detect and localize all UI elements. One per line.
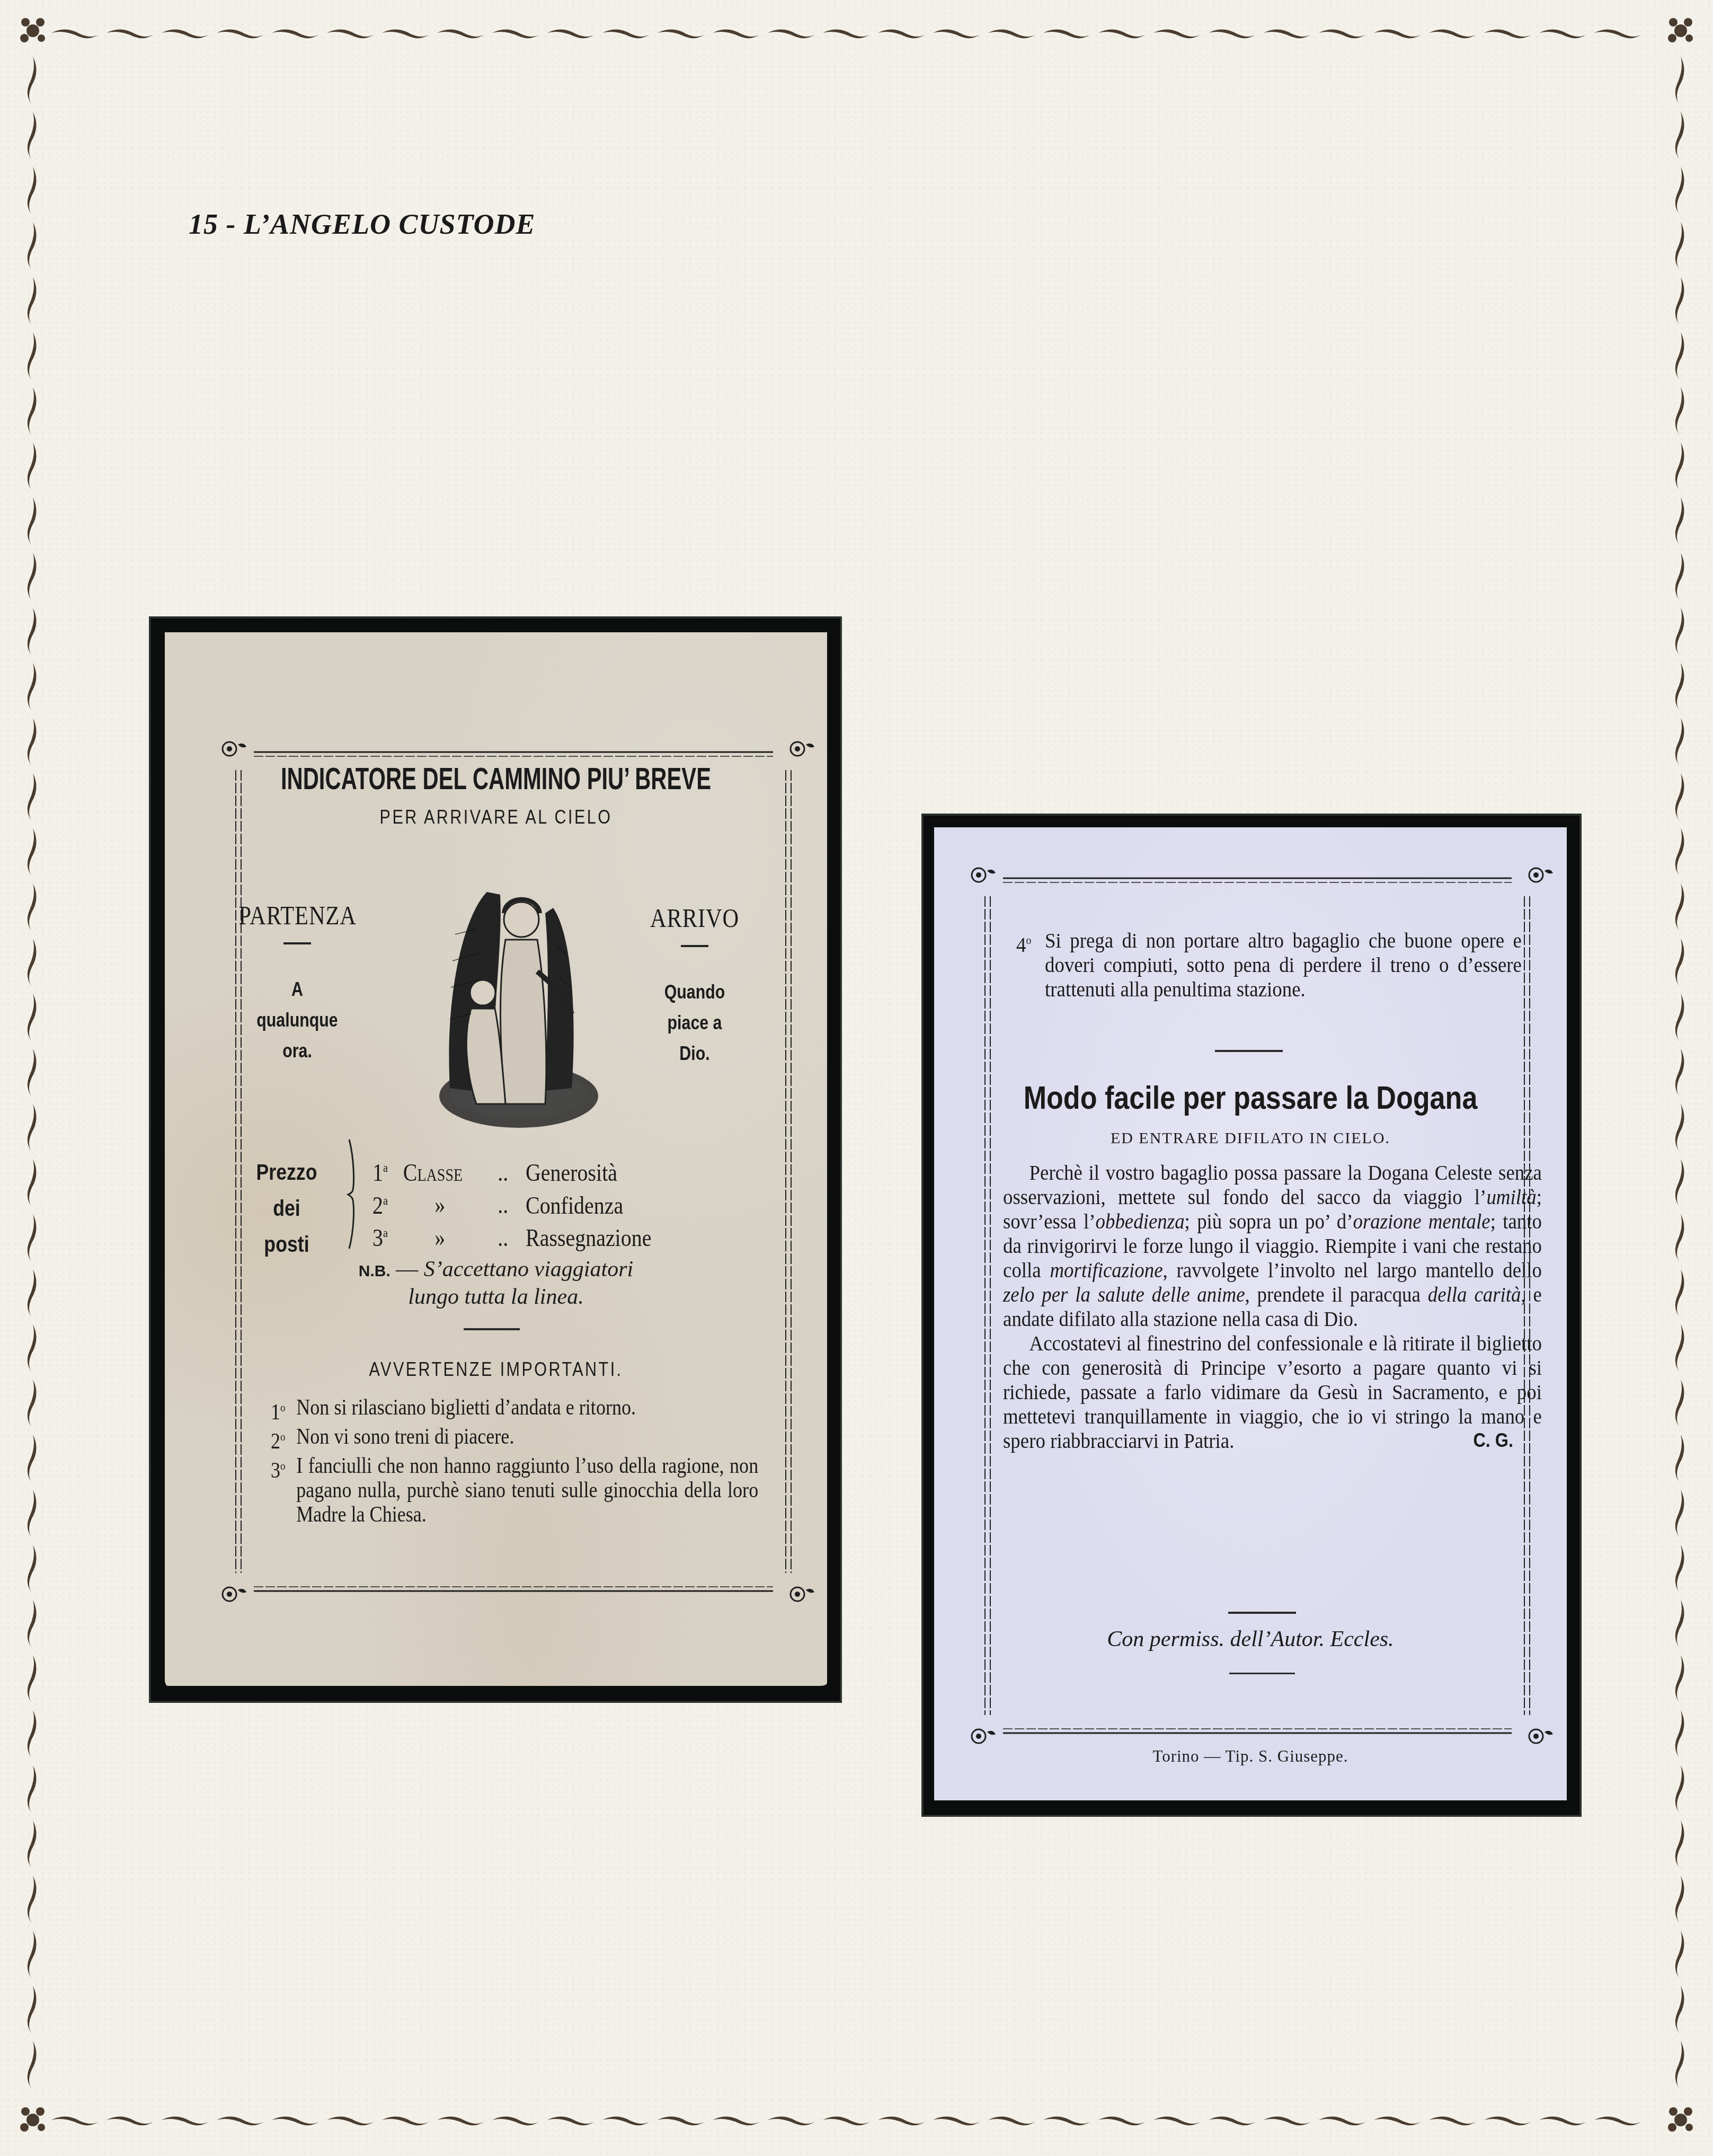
fare-row: 2a»..Confidenza [372,1187,651,1220]
paragraph-1: Perchè il vostro bagaglio possa passare … [1003,1160,1542,1331]
paragraph-2: Accostatevi al finestrino del confession… [1003,1331,1542,1453]
warnings-list: 1oNon si rilasciano biglietti d’andata e… [271,1395,758,1527]
page-title: 15 - L’ANGELO CUSTODE [189,208,536,241]
curly-brace-icon [345,1138,361,1250]
fare-class: Classe [403,1159,498,1187]
divider [464,1328,520,1330]
departure-heading: PARTENZA [239,900,356,931]
warning-item: 3oI fanciulli che non hanno raggiunto l’… [271,1454,758,1527]
departure-column: PARTENZA A qualunque ora. [228,900,366,1066]
fares-table: 1aClasse..Generosità2a»..Confidenza3a»..… [372,1154,700,1252]
divider [1229,1673,1295,1674]
divider [681,945,708,947]
fare-row: 3a»..Rassegnazione [372,1220,651,1252]
arrival-text: Quando piace a Dio. [638,977,751,1069]
warning-item-4: 4o Si prega di non portare altro bagagli… [1016,928,1567,1001]
left-card-mount: INDICATORE DEL CAMMINO PIU’ BREVE PER AR… [149,616,842,1703]
right-card-mount: 4o Si prega di non portare altro bagagli… [921,814,1582,1817]
section-subheading: ED ENTRARE DIFILATO IN CIELO. [934,1129,1567,1147]
card-title: INDICATORE DEL CAMMINO PIU’ BREVE [258,761,734,797]
right-card-dogana: 4o Si prega di non portare altro bagagli… [934,827,1567,1800]
ecclesiastical-permission: Con permiss. dell’Autor. Eccles. [934,1627,1567,1652]
fare-value: Rassegnazione [526,1224,651,1252]
fare-class: » [403,1224,498,1252]
departure-text: A qualunque ora. [241,974,353,1066]
printer-imprint: Torino — Tip. S. Giuseppe. [934,1747,1567,1766]
divider [283,942,311,944]
warnings-title: AVVERTENZE IMPORTANTI. [215,1358,778,1381]
divider [1215,1050,1283,1052]
instructions-text: Perchè il vostro bagaglio possa passare … [1003,1160,1542,1453]
signature: C. G. [1447,1428,1513,1453]
fare-value: Confidenza [526,1191,623,1219]
fare-class: » [403,1191,498,1220]
warning-item: 1oNon si rilasciano biglietti d’andata e… [271,1395,758,1425]
arrival-column: ARRIVO Quando piace a Dio. [626,903,764,1069]
guardian-angel-illustration [413,881,625,1130]
fares-label: Prezzo dei posti [251,1154,323,1262]
divider [1228,1612,1296,1614]
arrival-heading: ARRIVO [636,903,753,933]
left-card-indicatore: INDICATORE DEL CAMMINO PIU’ BREVE PER AR… [165,632,827,1686]
warning-item: 2oNon vi sono treni di piacere. [271,1425,758,1454]
nota-bene: N.B. — S’accettano viaggiatori lungo tut… [165,1257,827,1310]
card-subtitle: PER ARRIVARE AL CIELO [215,806,778,828]
fare-value: Generosità [526,1159,617,1187]
fare-row: 1aClasse..Generosità [372,1154,651,1187]
section-heading: Modo facile per passare la Dogana [985,1079,1516,1117]
